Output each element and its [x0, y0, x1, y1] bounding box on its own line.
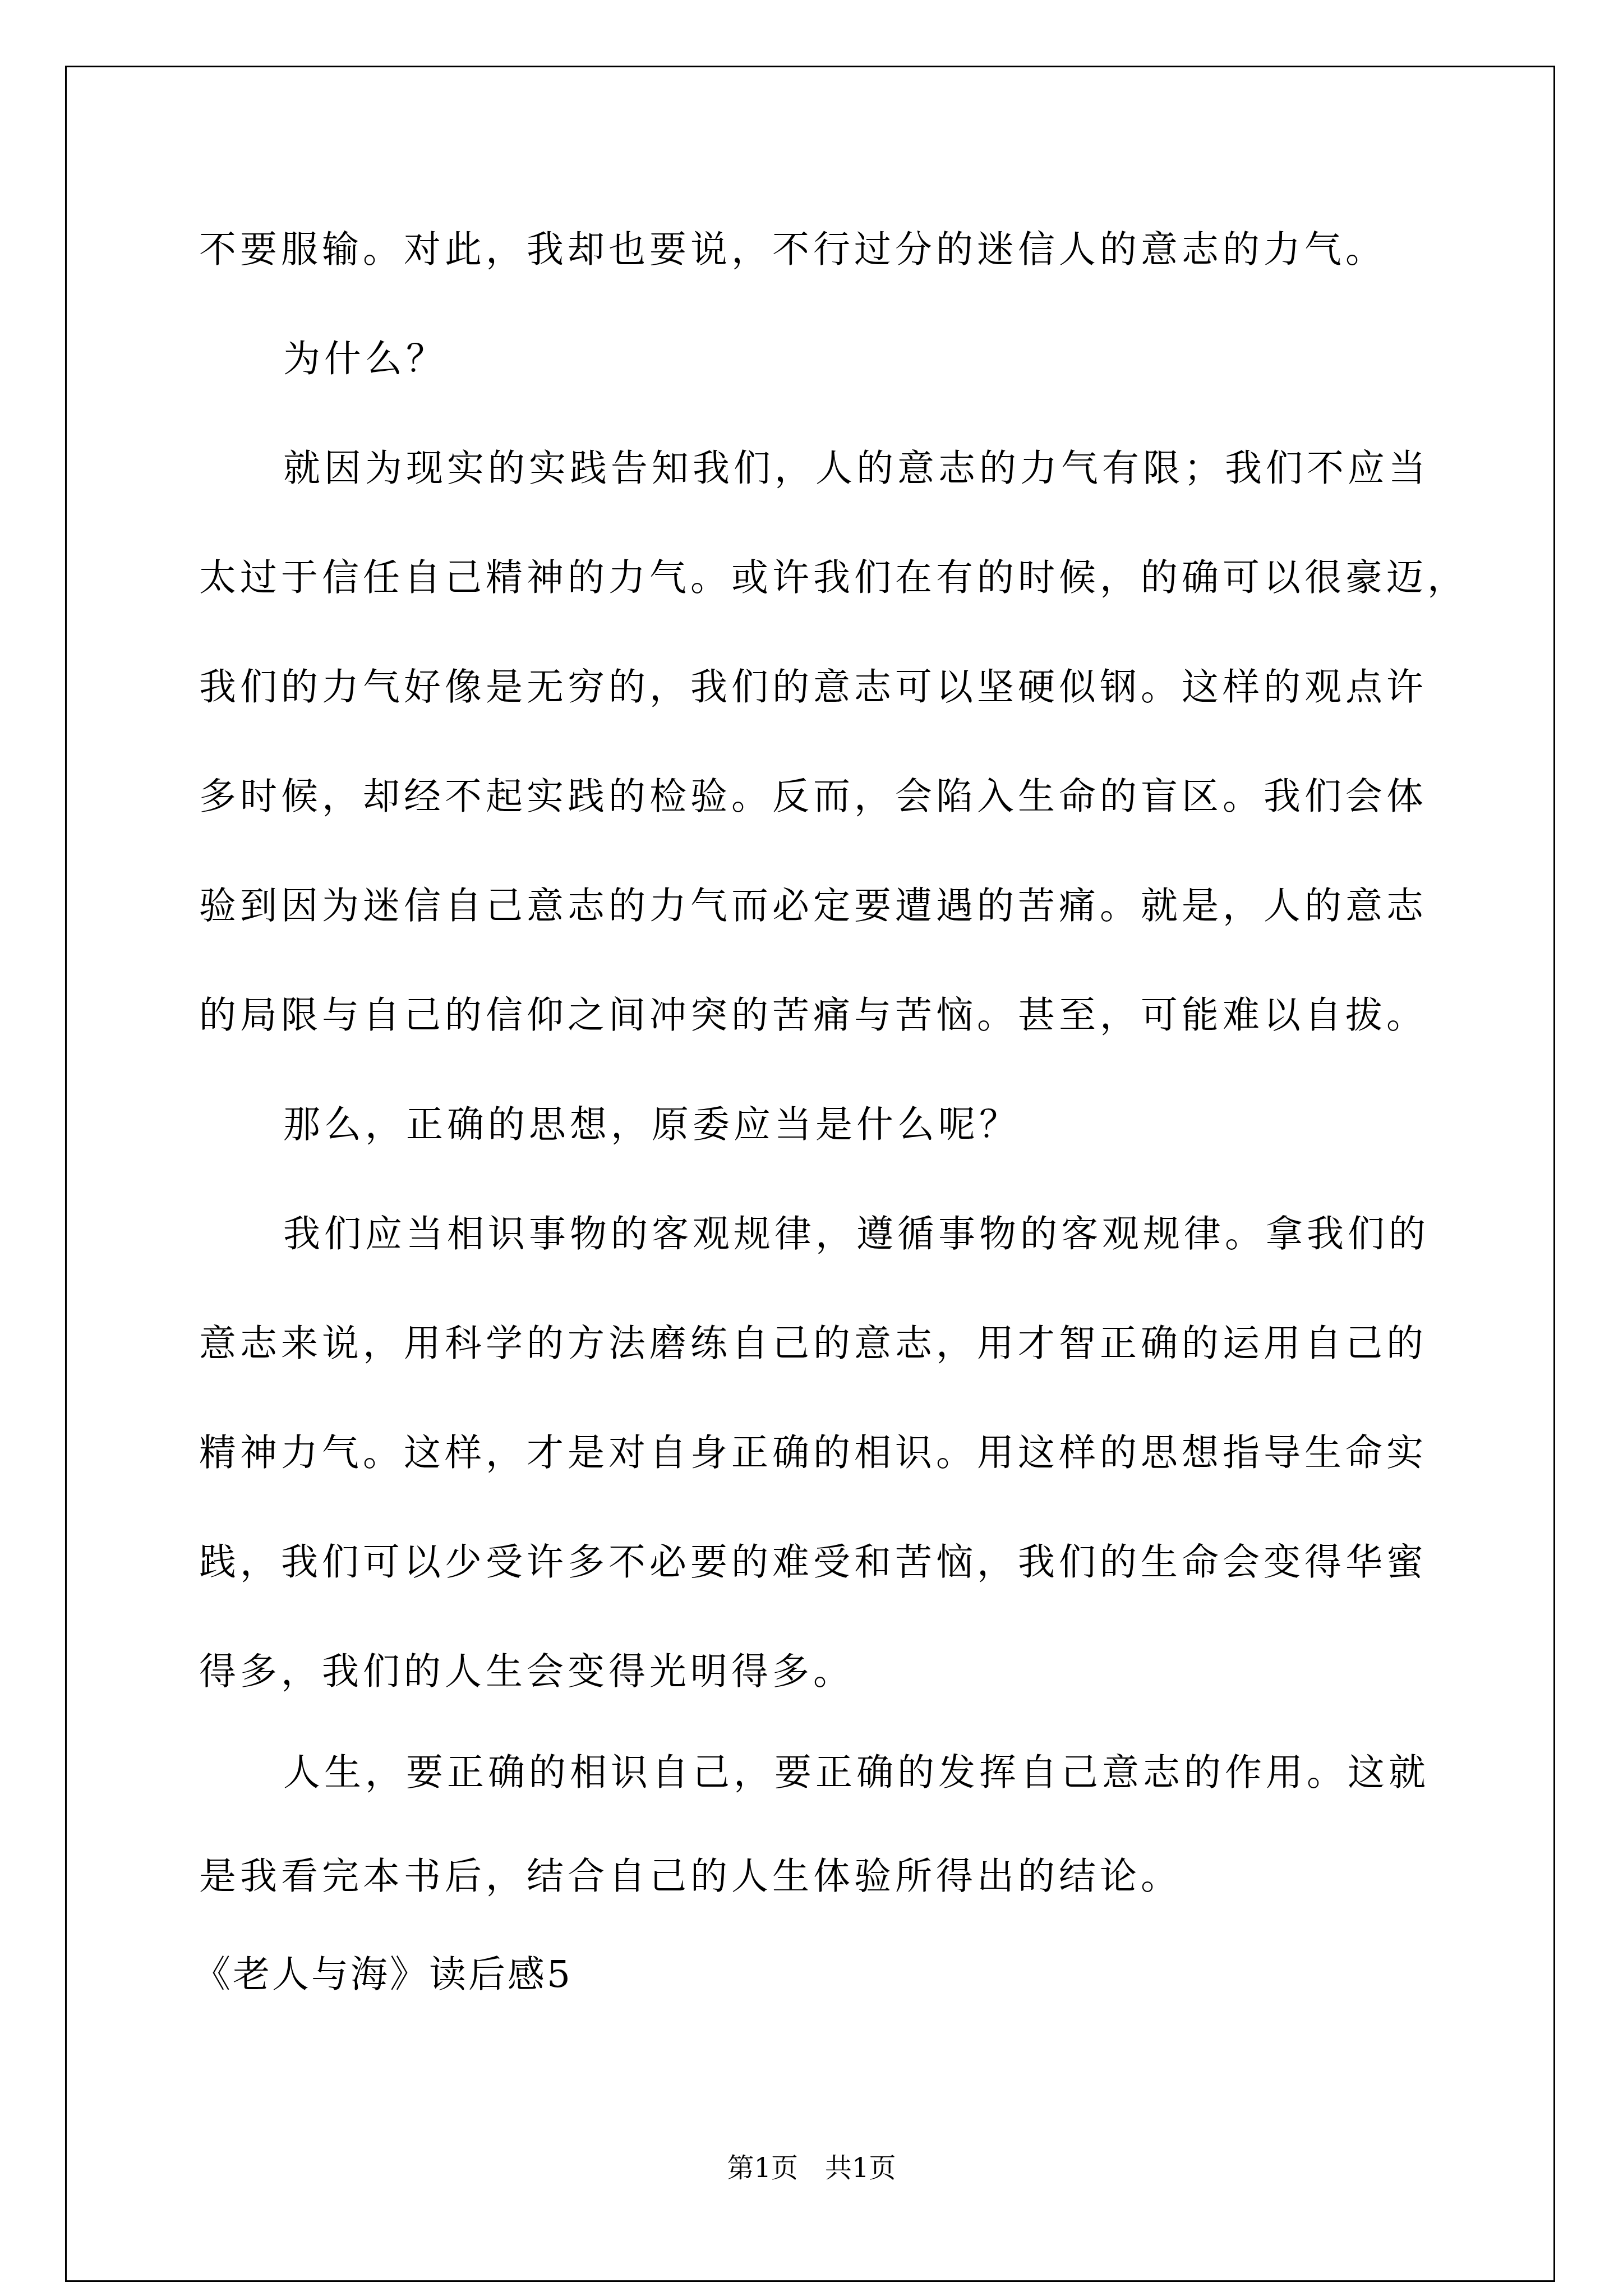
page-footer: 第1页 共1页 [0, 2151, 1623, 2185]
paragraph-line: 多时候，却经不起实践的检验。反而，会陷入生命的盲区。我们会体 [199, 774, 1427, 819]
paragraph-line: 就因为现实的实践告知我们，人的意志的力气有限；我们不应当 [283, 446, 1430, 491]
paragraph-line: 是我看完本书后，结合自己的人生体验所得出的结论。 [199, 1854, 1182, 1899]
paragraph-line: 为什么？ [283, 337, 447, 381]
paragraph-line: 我们的力气好像是无穷的，我们的意志可以坚硬似钢。这样的观点许 [199, 665, 1427, 710]
paragraph-line: 不要服输。对此，我却也要说，不行过分的迷信人的意志的力气。 [199, 227, 1386, 272]
paragraph-line: 意志来说，用科学的方法磨练自己的意志，用才智正确的运用自己的 [199, 1321, 1427, 1366]
paragraph-line: 的局限与自己的信仰之间冲突的苦痛与苦恼。甚至，可能难以自拔。 [199, 993, 1427, 1038]
paragraph-line: 人生，要正确的相识自己，要正确的发挥自己意志的作用。这就 [283, 1750, 1430, 1795]
section-heading: 《老人与海》读后感5 [193, 1952, 573, 1997]
page-frame [65, 66, 1555, 2282]
paragraph-line: 验到因为迷信自己意志的力气而必定要遭遇的苦痛。就是，人的意志 [199, 884, 1427, 928]
paragraph-line: 我们应当相识事物的客观规律，遵循事物的客观规律。拿我们的 [283, 1212, 1430, 1257]
paragraph-line: 精神力气。这样，才是对自身正确的相识。用这样的思想指导生命实 [199, 1430, 1427, 1475]
paragraph-line: 太过于信任自己精神的力气。或许我们在有的时候，的确可以很豪迈， [199, 555, 1468, 600]
paragraph-line: 那么，正确的思想，原委应当是什么呢？ [283, 1102, 1020, 1147]
paragraph-line: 践，我们可以少受许多不必要的难受和苦恼，我们的生命会变得华蜜 [199, 1540, 1427, 1585]
paragraph-line: 得多，我们的人生会变得光明得多。 [199, 1649, 854, 1694]
